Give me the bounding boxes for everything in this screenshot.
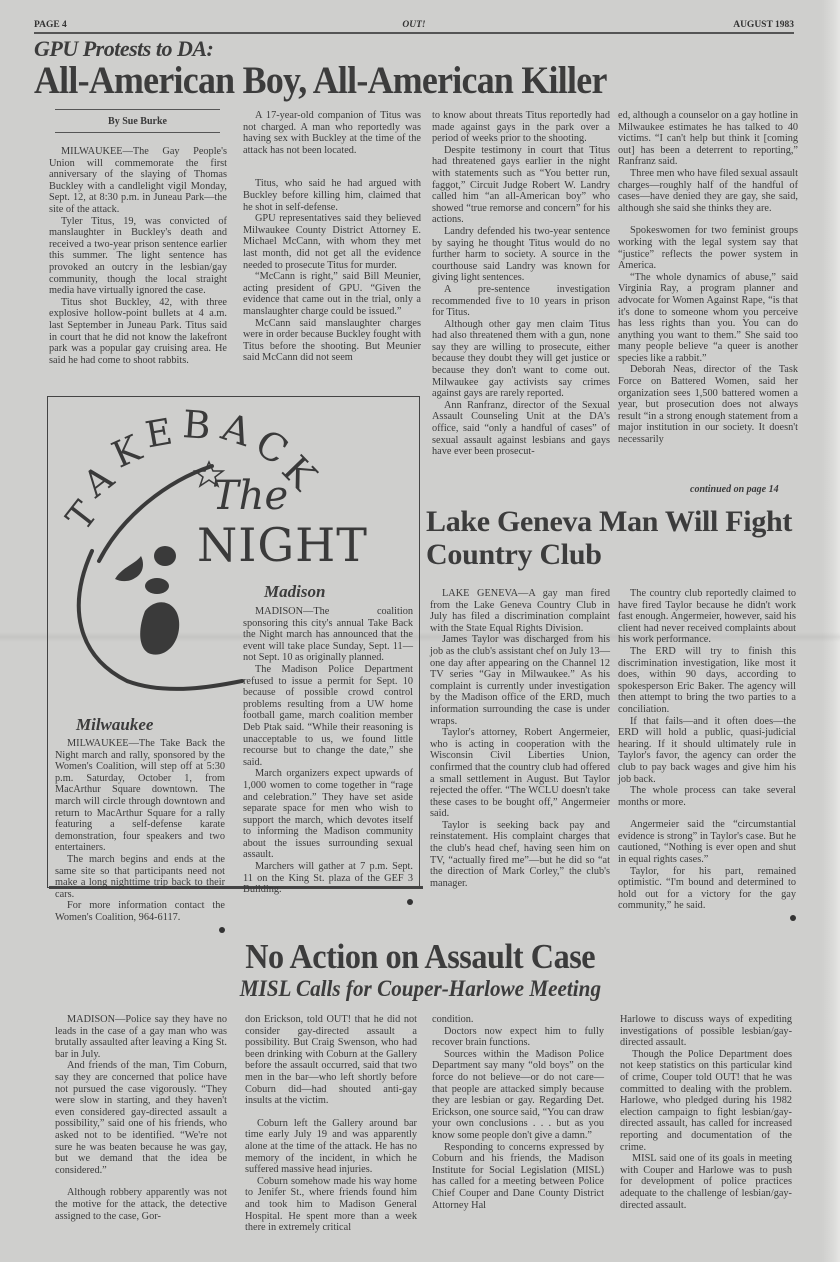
svg-text:A: A bbox=[216, 404, 257, 455]
paragraph: Marchers will gather at 7 p.m. Sept. 11 … bbox=[243, 861, 413, 896]
paragraph: Although other gay men claim Titus had a… bbox=[432, 319, 610, 400]
silhouette-2 bbox=[154, 546, 176, 566]
paragraph: The whole process can take several month… bbox=[618, 785, 796, 808]
paragraph: GPU representatives said they believed M… bbox=[243, 213, 421, 271]
paragraph: The country club reportedly claimed to h… bbox=[618, 588, 796, 646]
paragraph: March organizers expect upwards of 1,000… bbox=[243, 768, 413, 861]
paragraph: The Madison Police Department refused to… bbox=[243, 664, 413, 768]
paragraph: A pre-sentence investigation recommended… bbox=[432, 284, 610, 319]
silhouette-3 bbox=[145, 578, 169, 594]
silhouette-4 bbox=[140, 602, 179, 654]
story3-column-1: LAKE GENEVA—A gay man fired from the Lak… bbox=[430, 588, 610, 889]
paragraph: Though the Police Department does not ke… bbox=[620, 1049, 792, 1153]
paragraph: condition. bbox=[432, 1014, 604, 1026]
issue-date: AUGUST 1983 bbox=[733, 20, 794, 30]
paragraph: For more information contact the Women's… bbox=[55, 900, 225, 923]
night-word: NIGHT bbox=[197, 518, 368, 572]
story3-headline: Lake Geneva Man Will Fight Country Club bbox=[426, 505, 826, 571]
paragraph: Despite testimony in court that Titus ha… bbox=[432, 145, 610, 226]
story1-column-4: ed, although a counselor on a gay hotlin… bbox=[618, 110, 798, 446]
paragraph: Responding to concerns expressed by Cobu… bbox=[432, 1142, 604, 1212]
paragraph: “McCann is right,” said Bill Meunier, ac… bbox=[243, 271, 421, 317]
story4-deck: MISL Calls for Couper-Harlowe Meeting bbox=[0, 976, 840, 1002]
paragraph: don Erickson, told OUT! that he did not … bbox=[245, 1014, 417, 1107]
story4-headline: No Action on Assault Case bbox=[0, 937, 840, 977]
paragraph: Taylor's attorney, Robert Angermeier, wh… bbox=[430, 727, 610, 820]
masthead: PAGE 4 OUT! AUGUST 1983 bbox=[34, 18, 794, 34]
paragraph: MILWAUKEE—The Take Back the Night march … bbox=[55, 738, 225, 854]
paragraph: Coburn left the Gallery around bar time … bbox=[245, 1118, 417, 1176]
story1-column-1: MILWAUKEE—The Gay People's Union will co… bbox=[49, 146, 227, 366]
story1-byline: By Sue Burke bbox=[55, 109, 220, 133]
story4-column-2: don Erickson, told OUT! that he did not … bbox=[245, 1014, 417, 1234]
paragraph: James Taylor was discharged from his job… bbox=[430, 634, 610, 727]
paragraph: “The whole dynamics of abuse,” said Virg… bbox=[618, 272, 798, 365]
paragraph: Harlowe to discuss ways of expediting in… bbox=[620, 1014, 792, 1049]
paragraph: Angermeier said the “circumstantial evid… bbox=[618, 819, 796, 865]
paragraph: Taylor, for his part, remained optimisti… bbox=[618, 866, 796, 912]
paragraph: Coburn somehow made his way home to Jeni… bbox=[245, 1176, 417, 1234]
end-bullet-icon bbox=[219, 927, 225, 933]
paragraph: LAKE GENEVA—A gay man fired from the Lak… bbox=[430, 588, 610, 634]
paragraph: And friends of the man, Tim Coburn, say … bbox=[55, 1060, 227, 1176]
page-edge bbox=[822, 0, 840, 1262]
story4-column-3: condition. Doctors now expect him to ful… bbox=[432, 1014, 604, 1211]
story4-deck-text: MISL Calls for Couper-Harlowe Meeting bbox=[239, 976, 600, 1002]
paragraph: A 17-year-old companion of Titus was not… bbox=[243, 110, 421, 156]
svg-text:E: E bbox=[142, 412, 175, 457]
paragraph: MADISON—Police say they have no leads in… bbox=[55, 1014, 227, 1060]
end-bullet-icon bbox=[790, 915, 796, 921]
paragraph: Taylor is seeking back pay and reinstate… bbox=[430, 820, 610, 890]
paragraph: MISL said one of its goals in meeting wi… bbox=[620, 1153, 792, 1211]
svg-text:K: K bbox=[106, 428, 148, 477]
paragraph: to know about threats Titus reportedly h… bbox=[432, 110, 610, 145]
madison-column: MADISON—The coalition sponsoring this ci… bbox=[243, 606, 413, 905]
end-bullet-icon bbox=[407, 899, 413, 905]
paragraph: Three men who have filed sexual assault … bbox=[618, 168, 798, 214]
story1-column-3: to know about threats Titus reportedly h… bbox=[432, 110, 610, 458]
milwaukee-column: MILWAUKEE—The Take Back the Night march … bbox=[55, 738, 225, 933]
publication-name: OUT! bbox=[34, 20, 794, 30]
paragraph: The ERD will try to finish this discrimi… bbox=[618, 646, 796, 716]
milwaukee-subhead: Milwaukee bbox=[76, 715, 153, 735]
svg-text:B: B bbox=[181, 402, 212, 448]
continued-link[interactable]: continued on page 14 bbox=[690, 484, 779, 495]
paragraph: The march begins and ends at the same si… bbox=[55, 854, 225, 900]
paragraph: Spokeswomen for two feminist groups work… bbox=[618, 225, 798, 271]
madison-subhead: Madison bbox=[264, 582, 325, 602]
paragraph: Doctors now expect him to fully recover … bbox=[432, 1026, 604, 1049]
story1-headline: All-American Boy, All-American Killer bbox=[34, 58, 752, 103]
paragraph: Although robbery apparently was not the … bbox=[55, 1187, 227, 1222]
paragraph: ed, although a counselor on a gay hotlin… bbox=[618, 110, 798, 168]
paragraph: Titus, who said he had argued with Buckl… bbox=[243, 178, 421, 213]
paragraph: Tyler Titus, 19, was convicted of mansla… bbox=[49, 216, 227, 297]
svg-text:A: A bbox=[75, 457, 122, 507]
story3-column-2: The country club reportedly claimed to h… bbox=[618, 588, 796, 921]
paragraph: Landry defended his two-year sentence by… bbox=[432, 226, 610, 284]
paragraph: Titus shot Buckley, 42, with three explo… bbox=[49, 297, 227, 367]
paragraph: McCann said manslaughter charges were in… bbox=[243, 318, 421, 364]
story4-column-4: Harlowe to discuss ways of expediting in… bbox=[620, 1014, 792, 1211]
story1-column-2: A 17-year-old companion of Titus was not… bbox=[243, 110, 421, 364]
story4-column-1: MADISON—Police say they have no leads in… bbox=[55, 1014, 227, 1222]
paragraph: MILWAUKEE—The Gay People's Union will co… bbox=[49, 146, 227, 216]
paragraph: Sources within the Madison Police Depart… bbox=[432, 1049, 604, 1142]
the-word: The bbox=[212, 473, 288, 519]
paragraph: MADISON—The coalition sponsoring this ci… bbox=[243, 606, 413, 664]
paragraph: Ann Ranfranz, director of the Sexual Ass… bbox=[432, 400, 610, 458]
paragraph: Deborah Neas, director of the Task Force… bbox=[618, 364, 798, 445]
silhouette-1 bbox=[115, 556, 143, 581]
paragraph: If that fails—and it often does—the ERD … bbox=[618, 716, 796, 786]
story4-headline-text: No Action on Assault Case bbox=[245, 937, 595, 977]
